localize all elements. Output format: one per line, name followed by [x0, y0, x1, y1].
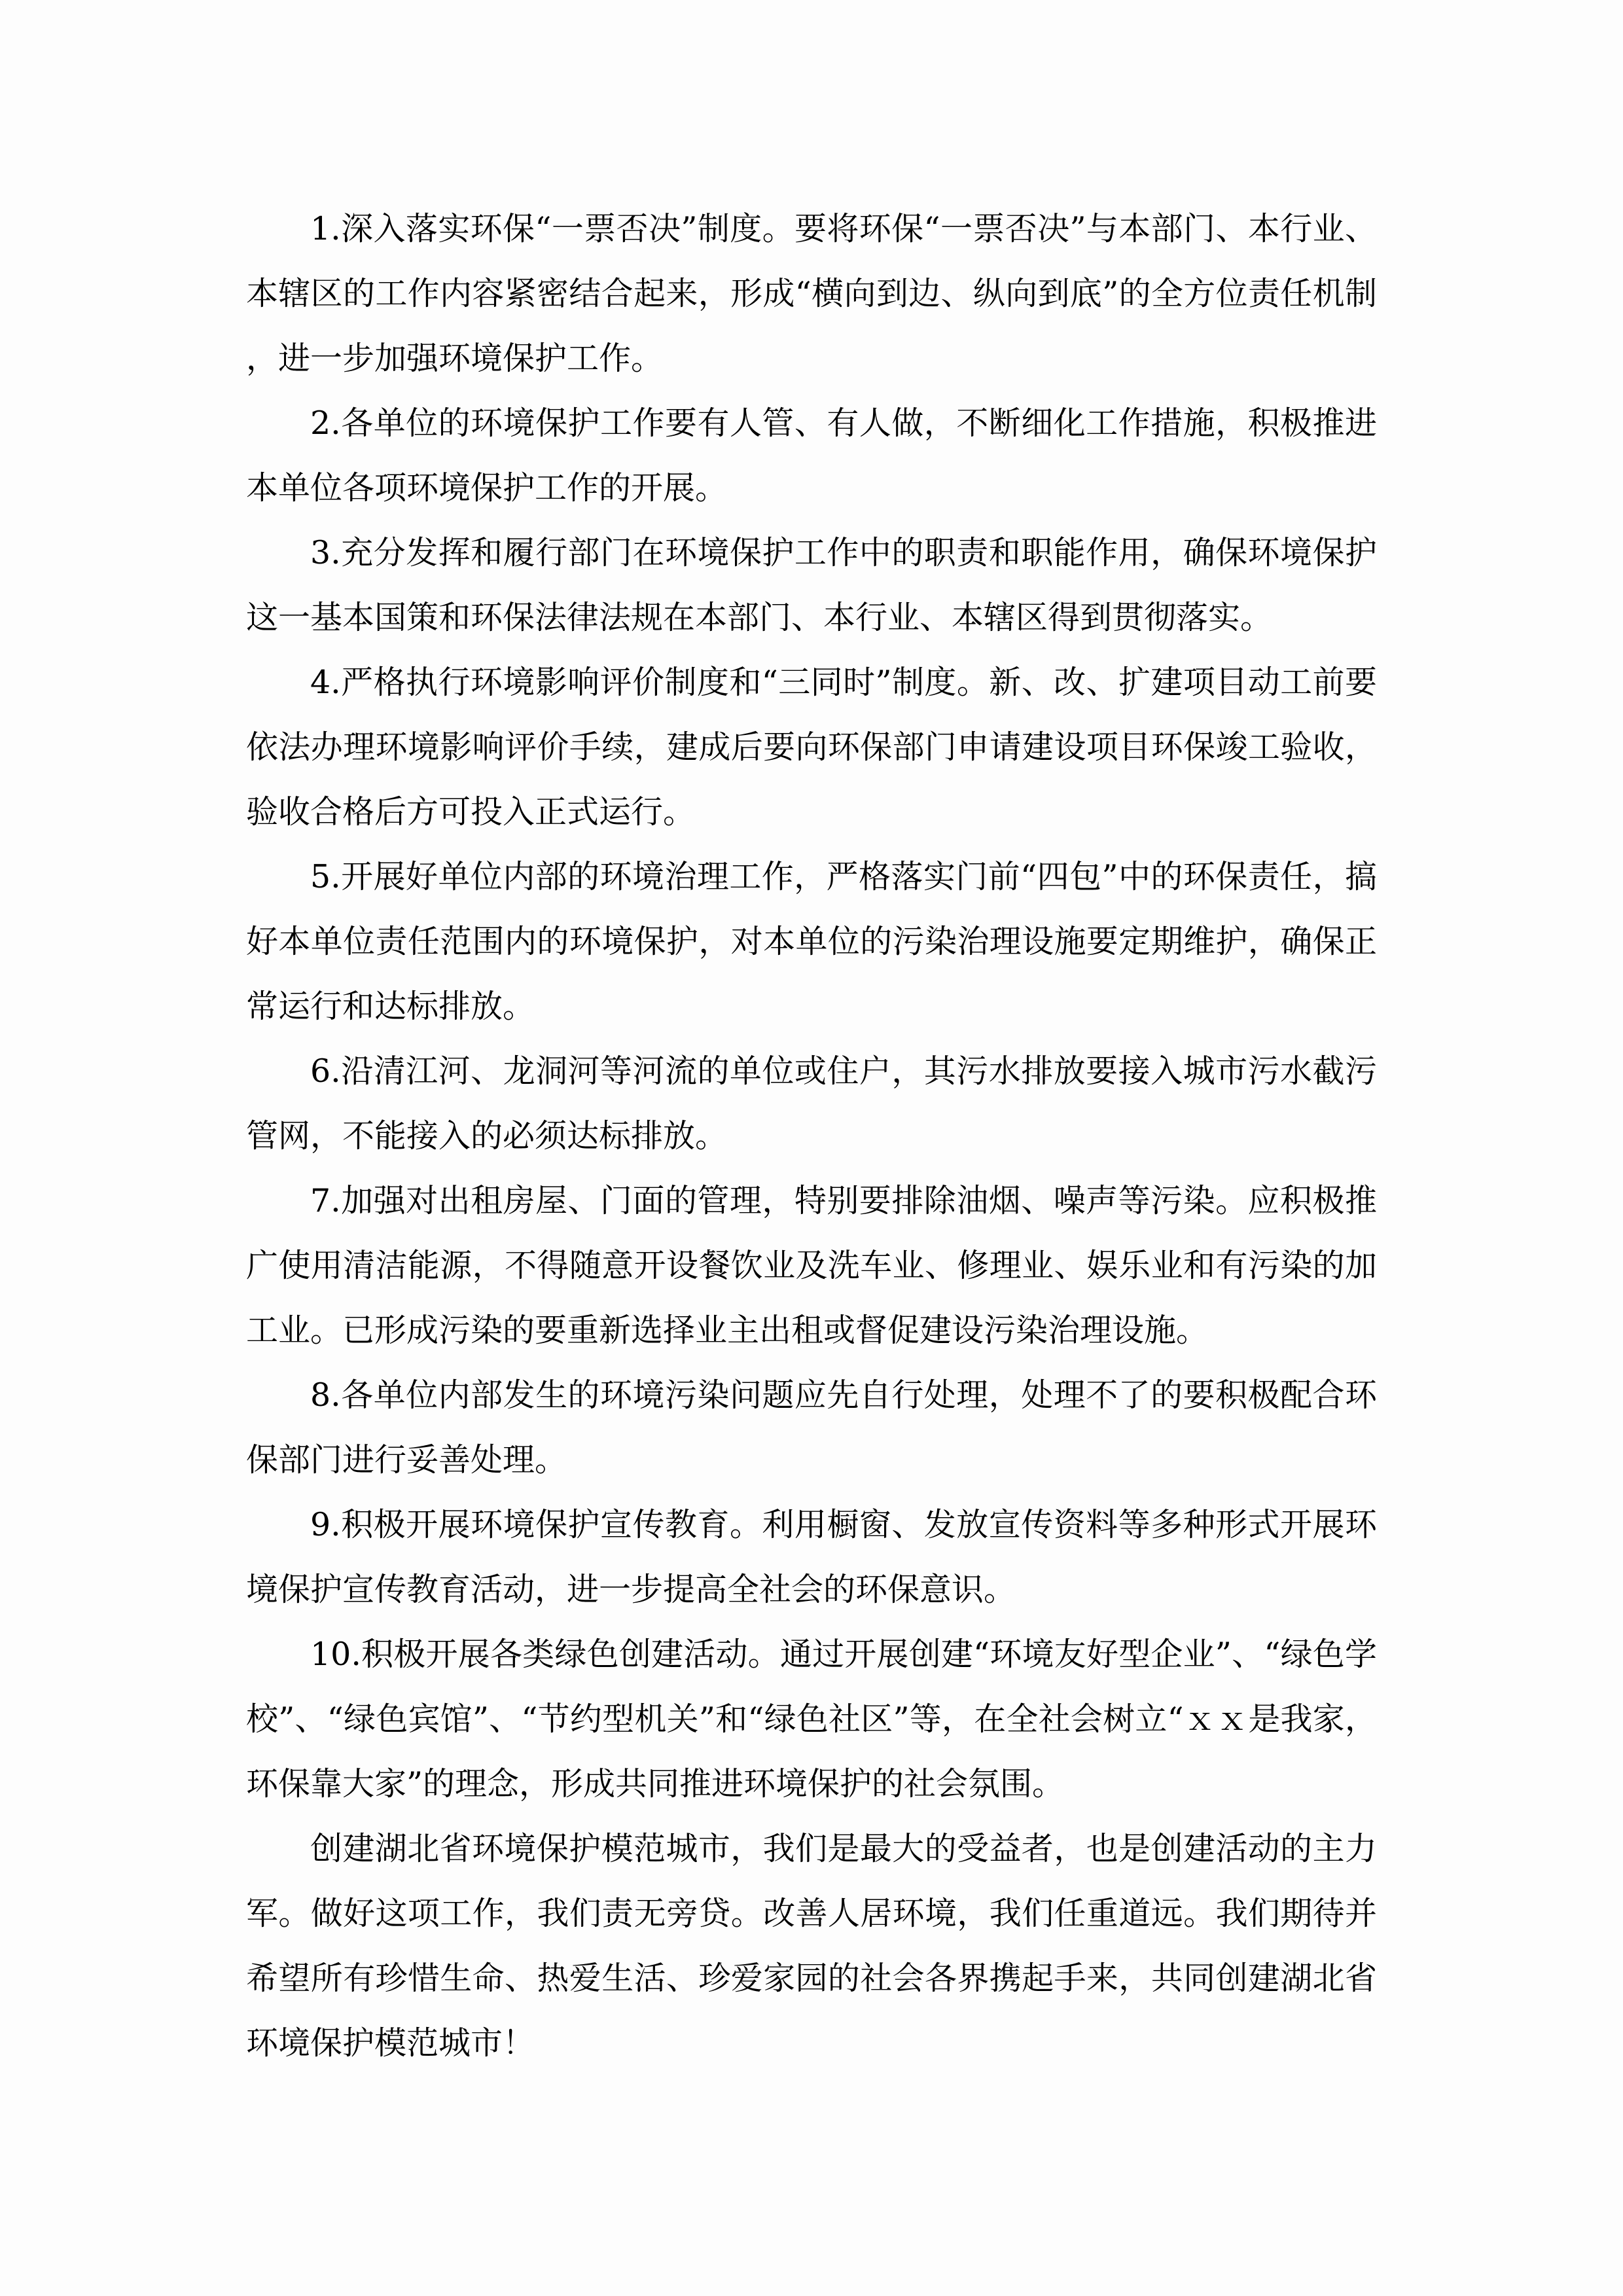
paragraph-item-10: 10.积极开展各类绿色创建活动。通过开展创建“环境友好型企业”、“绿色学校”、“… [246, 1622, 1377, 1816]
document-page: 1.深入落实环保“一票否决”制度。要将环保“一票否决”与本部门、本行业、本辖区的… [0, 0, 1623, 2296]
paragraph-item-1: 1.深入落实环保“一票否决”制度。要将环保“一票否决”与本部门、本行业、本辖区的… [246, 196, 1377, 391]
paragraph-item-5: 5.开展好单位内部的环境治理工作，严格落实门前“四包”中的环保责任，搞好本单位责… [246, 844, 1377, 1039]
document-body: 1.深入落实环保“一票否决”制度。要将环保“一票否决”与本部门、本行业、本辖区的… [246, 196, 1377, 2075]
closing-paragraph: 创建湖北省环境保护模范城市，我们是最大的受益者，也是创建活动的主力军。做好这项工… [246, 1816, 1377, 2075]
paragraph-item-3: 3.充分发挥和履行部门在环境保护工作中的职责和职能作用，确保环境保护这一基本国策… [246, 520, 1377, 650]
paragraph-item-7: 7.加强对出租房屋、门面的管理，特别要排除油烟、噪声等污染。应积极推广使用清洁能… [246, 1168, 1377, 1363]
paragraph-item-9: 9.积极开展环境保护宣传教育。利用橱窗、发放宣传资料等多种形式开展环境保护宣传教… [246, 1492, 1377, 1622]
paragraph-item-6: 6.沿清江河、龙洞河等河流的单位或住户，其污水排放要接入城市污水截污管网，不能接… [246, 1039, 1377, 1168]
paragraph-item-4: 4.严格执行环境影响评价制度和“三同时”制度。新、改、扩建项目动工前要依法办理环… [246, 650, 1377, 844]
paragraph-item-8: 8.各单位内部发生的环境污染问题应先自行处理，处理不了的要积极配合环保部门进行妥… [246, 1363, 1377, 1492]
paragraph-item-2: 2.各单位的环境保护工作要有人管、有人做，不断细化工作措施，积极推进本单位各项环… [246, 391, 1377, 520]
